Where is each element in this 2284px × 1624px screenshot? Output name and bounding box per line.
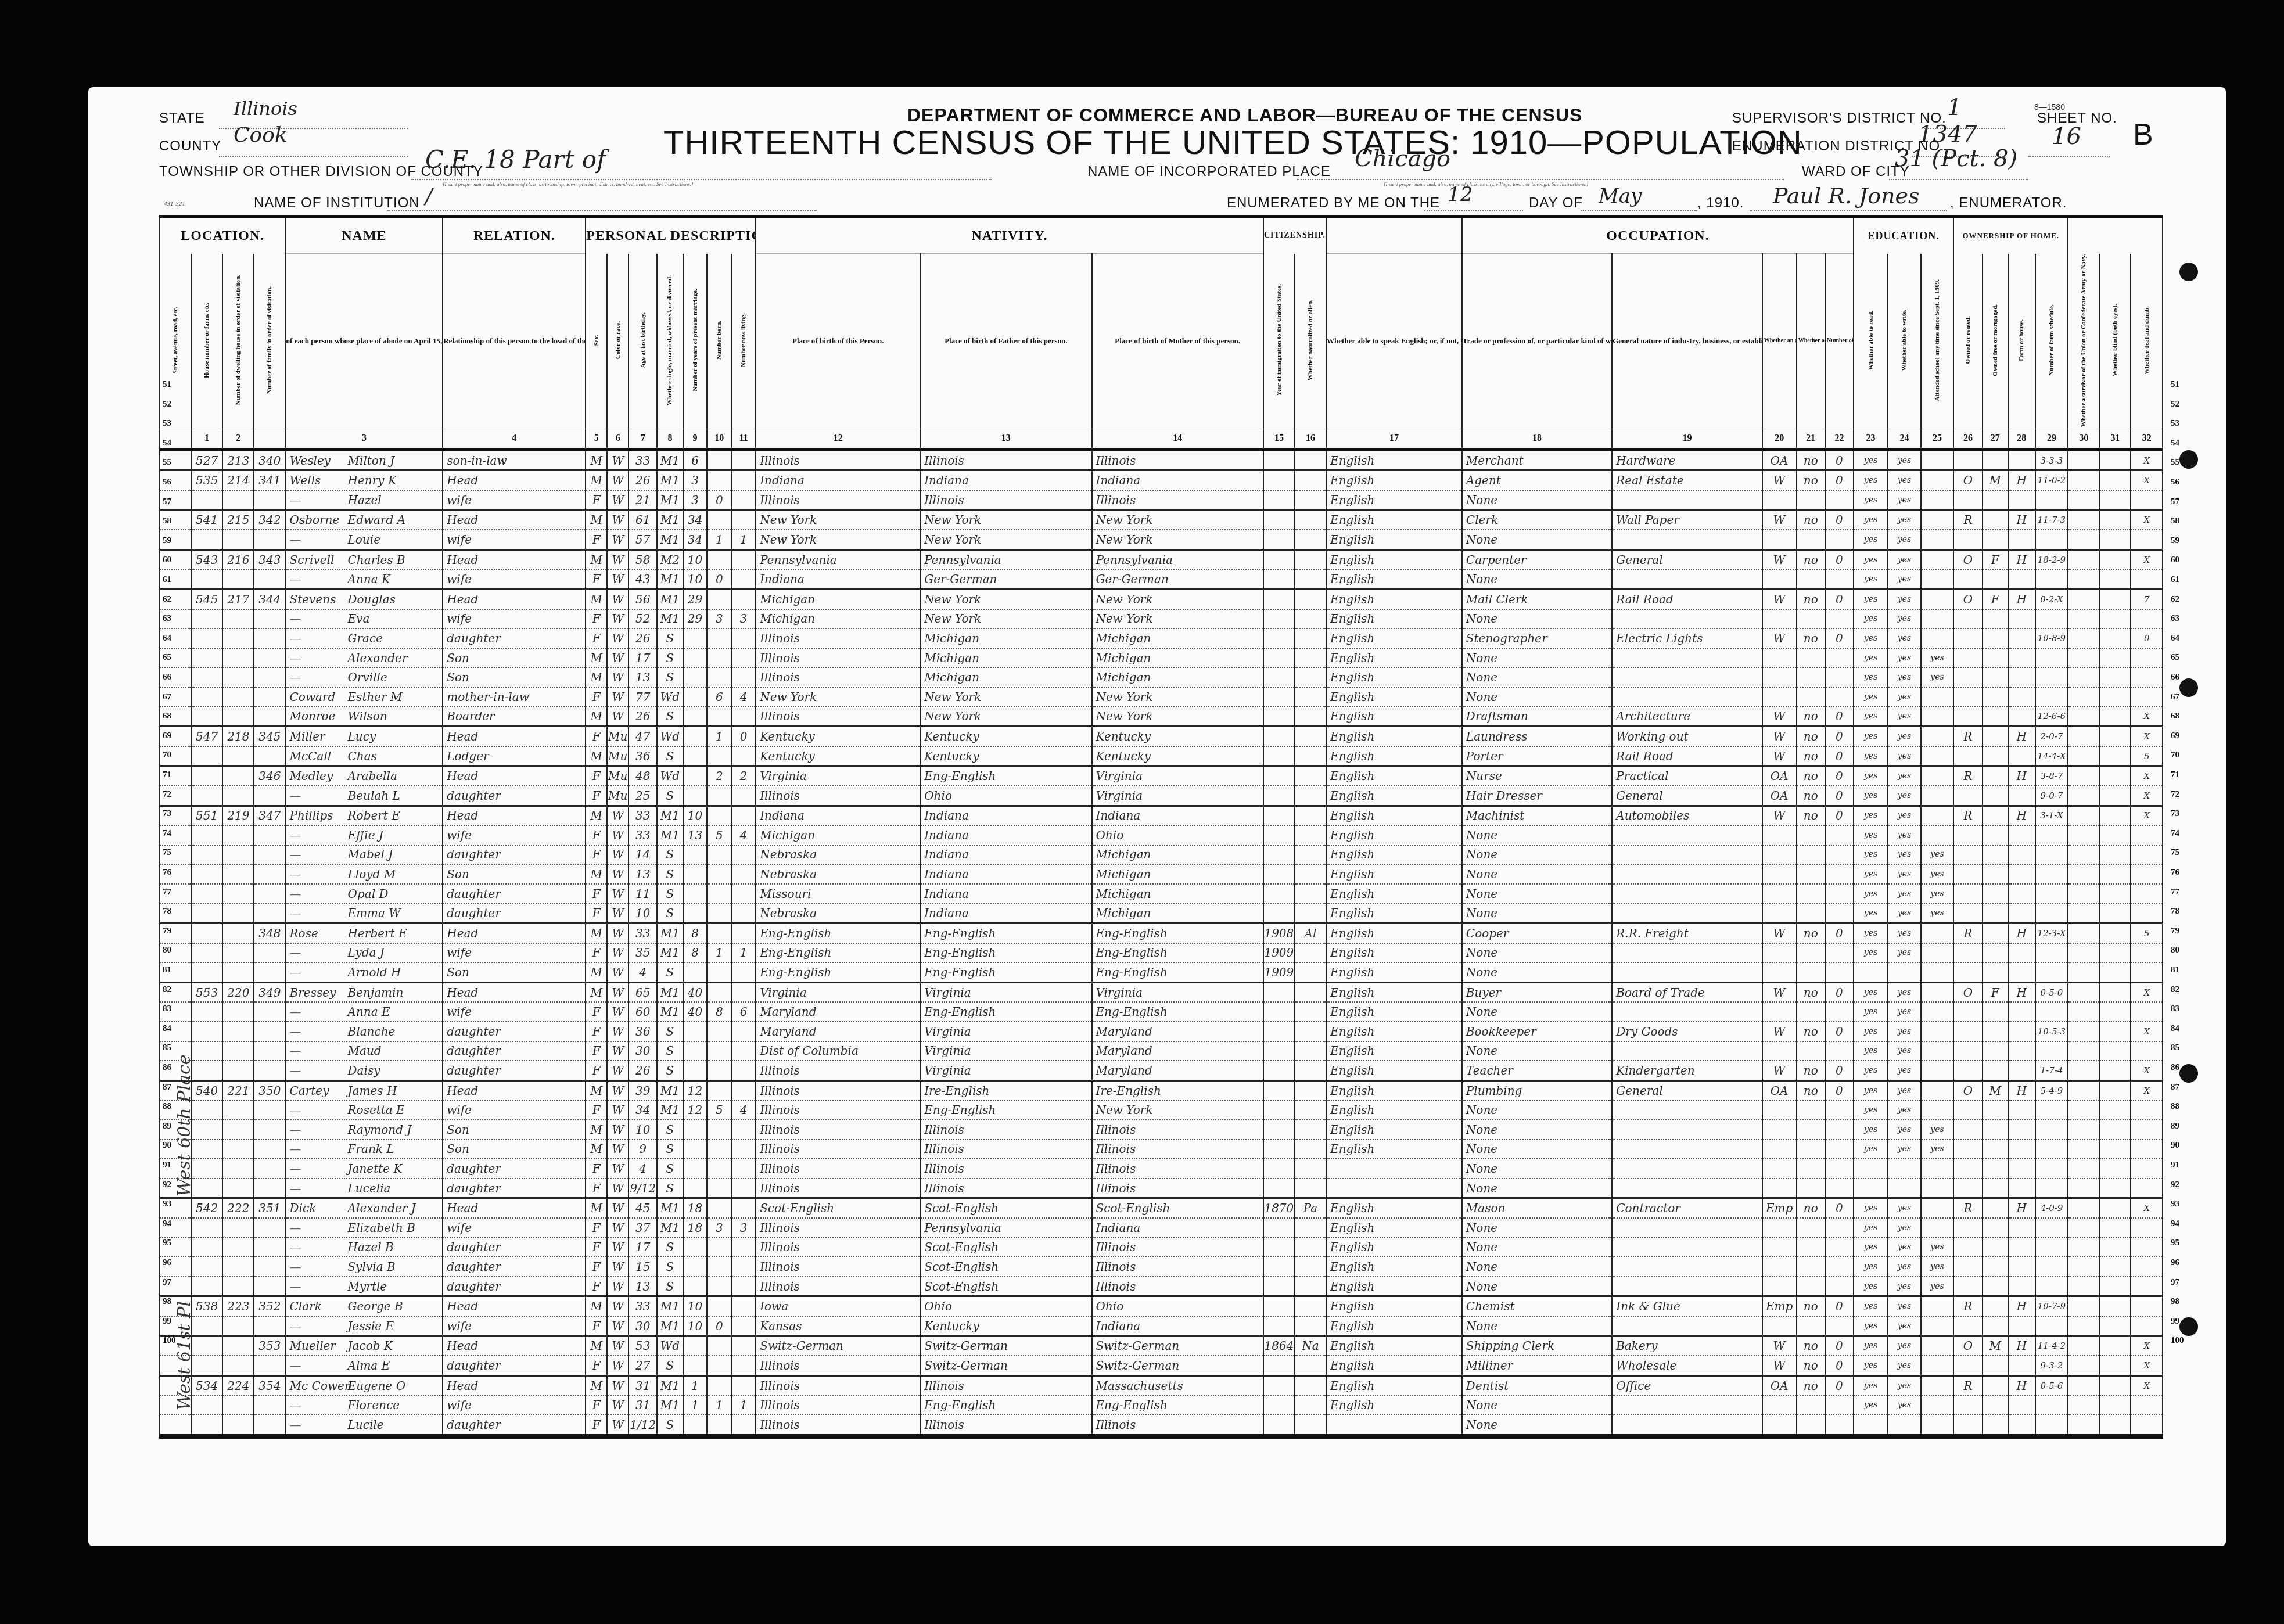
- cell-lang: [1326, 1415, 1462, 1436]
- cell-write: yes: [1888, 746, 1921, 766]
- cell-pob_m: Indiana: [1092, 806, 1263, 825]
- cell-pob_f: Indiana: [920, 470, 1091, 490]
- cell-trade: None: [1462, 943, 1612, 963]
- line-number: 92: [2171, 1180, 2179, 1190]
- line-number: 87: [2171, 1083, 2179, 1093]
- cell-trade: None: [1462, 825, 1612, 845]
- cell-pob_m: Ohio: [1092, 825, 1263, 845]
- cell-industry: [1612, 943, 1762, 963]
- cell-deaf: 5: [2131, 924, 2163, 943]
- cell-lang: [1326, 1179, 1462, 1198]
- cell-weeks: [1825, 1002, 1854, 1022]
- cell-out: [1797, 1277, 1825, 1296]
- cell-family: 341: [254, 470, 285, 490]
- cell-family: 349: [254, 982, 285, 1002]
- cell-trade: Clerk: [1462, 510, 1612, 530]
- cell-mort: F: [1983, 982, 2008, 1002]
- cell-pob: Illinois: [756, 1179, 920, 1198]
- cell-trade: None: [1462, 1395, 1612, 1415]
- cell-industry: General: [1612, 1080, 1762, 1100]
- line-number: 63: [2171, 614, 2179, 624]
- cell-age: 14: [629, 845, 657, 865]
- cell-deaf: X: [2131, 766, 2163, 786]
- cell-nat: [1295, 1179, 1326, 1198]
- cell-emp: [1762, 687, 1797, 707]
- cell-sched: 0-2-X: [2035, 589, 2068, 609]
- cell-sched: [2035, 530, 2068, 549]
- cell-own: O: [1953, 549, 1982, 569]
- column-number: 2: [222, 429, 254, 450]
- cell-relation: Head: [443, 982, 586, 1002]
- cell-deaf: [2131, 825, 2163, 845]
- cell-born: [707, 1061, 731, 1080]
- cell-age: 33: [629, 806, 657, 825]
- cell-weeks: [1825, 667, 1854, 687]
- cell-emp: W: [1762, 589, 1797, 609]
- cell-out: [1797, 1395, 1825, 1415]
- cell-sex: F: [586, 628, 607, 648]
- cell-living: [731, 962, 756, 982]
- cell-out: no: [1797, 806, 1825, 825]
- given-name: Hazel: [348, 493, 382, 507]
- cell-farm: [2008, 1022, 2035, 1041]
- cell-age: 39: [629, 1080, 657, 1100]
- cell-dwelling: 223: [222, 1296, 254, 1316]
- cell-sex: F: [586, 1159, 607, 1179]
- census-row: 542222351DickAlexander JHeadMW45M118Scot…: [160, 1198, 2163, 1218]
- cell-name: —Lloyd M: [286, 864, 443, 884]
- line-number-left: 90: [163, 1141, 171, 1151]
- cell-industry: Real Estate: [1612, 470, 1762, 490]
- census-row: —Sylvia BdaughterFW15SIllinoisScot-Engli…: [160, 1257, 2163, 1277]
- cell-weeks: [1825, 962, 1854, 982]
- cell-living: [731, 1257, 756, 1277]
- cell-born: 3: [707, 609, 731, 629]
- cell-industry: [1612, 1159, 1762, 1179]
- state-label: STATE: [159, 110, 205, 127]
- cell-mort: [1983, 727, 2008, 746]
- cell-family: [254, 1356, 285, 1375]
- cell-sched: [2035, 490, 2068, 510]
- cell-own: [1953, 1100, 1982, 1120]
- cell-emp: [1762, 1100, 1797, 1120]
- cell-trade: Mail Clerk: [1462, 589, 1612, 609]
- line-number: 96: [2171, 1258, 2179, 1268]
- cell-sex: M: [586, 1140, 607, 1159]
- cell-sched: [2035, 1257, 2068, 1277]
- cell-immig: [1263, 648, 1295, 668]
- cell-yrs: 29: [683, 589, 708, 609]
- cell-deaf: [2131, 1100, 2163, 1120]
- binding-hole: [2179, 1064, 2198, 1083]
- cell-name: —Hazel B: [286, 1238, 443, 1257]
- cell-pob_m: New York: [1092, 530, 1263, 549]
- cell-pob: Illinois: [756, 1415, 920, 1436]
- cell-own: [1953, 1257, 1982, 1277]
- cell-dwelling: [222, 490, 254, 510]
- cell-house: [191, 1277, 222, 1296]
- cell-out: [1797, 1159, 1825, 1179]
- cell-school: [1921, 1415, 1954, 1436]
- cell-own: R: [1953, 727, 1982, 746]
- cell-dwelling: [222, 569, 254, 589]
- cell-marital: M1: [657, 1375, 683, 1395]
- cell-school: [1921, 549, 1954, 569]
- cell-lang: English: [1326, 1022, 1462, 1041]
- cell-deaf: X: [2131, 982, 2163, 1002]
- cell-nat: [1295, 1002, 1326, 1022]
- cell-sched: 3-3-3: [2035, 450, 2068, 470]
- cell-sex: F: [586, 1238, 607, 1257]
- cell-relation: wife: [443, 1100, 586, 1120]
- cell-weeks: 0: [1825, 1061, 1854, 1080]
- cell-relation: daughter: [443, 786, 586, 806]
- cell-age: 11: [629, 884, 657, 904]
- cell-read: yes: [1854, 786, 1888, 806]
- cell-industry: Practical: [1612, 766, 1762, 786]
- cell-age: 36: [629, 746, 657, 766]
- line-number-left: 94: [163, 1219, 171, 1229]
- cell-name: BresseyBenjamin: [286, 982, 443, 1002]
- cell-industry: [1612, 490, 1762, 510]
- cell-dwelling: [222, 1022, 254, 1041]
- cell-read: yes: [1854, 1061, 1888, 1080]
- cell-write: yes: [1888, 943, 1921, 963]
- cell-industry: [1612, 569, 1762, 589]
- cell-sex: M: [586, 1080, 607, 1100]
- given-name: Anna K: [348, 572, 390, 586]
- group-misc: [2068, 217, 2163, 254]
- cell-weeks: [1825, 1277, 1854, 1296]
- cell-family: [254, 628, 285, 648]
- cell-write: yes: [1888, 648, 1921, 668]
- cell-immig: [1263, 864, 1295, 884]
- column-number: 5: [586, 429, 607, 450]
- given-name: Hazel B: [348, 1240, 394, 1254]
- cell-vet: [2068, 1100, 2099, 1120]
- cell-mort: [1983, 1375, 2008, 1395]
- cell-sex: F: [586, 1041, 607, 1061]
- cell-house: 542: [191, 1198, 222, 1218]
- cell-school: [1921, 962, 1954, 982]
- cell-relation: Head: [443, 589, 586, 609]
- cell-vet: [2068, 766, 2099, 786]
- cell-pob_m: Eng-English: [1092, 924, 1263, 943]
- column-number: 27: [1983, 429, 2008, 450]
- street-annotation-60th: West 60th Place: [174, 325, 209, 1197]
- cell-age: 9/12: [629, 1179, 657, 1198]
- given-name: Alexander J: [348, 1201, 416, 1215]
- cell-lang: English: [1326, 1120, 1462, 1140]
- cell-vet: [2068, 1296, 2099, 1316]
- cell-own: [1953, 450, 1982, 470]
- cell-immig: [1263, 825, 1295, 845]
- cell-living: [731, 924, 756, 943]
- surname: Miller: [290, 730, 348, 743]
- cell-relation: daughter: [443, 1179, 586, 1198]
- cell-deaf: X: [2131, 1080, 2163, 1100]
- cell-dwelling: [222, 884, 254, 904]
- census-row: —Rosetta EwifeFW34M11254IllinoisEng-Engl…: [160, 1100, 2163, 1120]
- cell-weeks: 0: [1825, 1296, 1854, 1316]
- cell-pob_f: Virginia: [920, 1041, 1091, 1061]
- census-row: —Opal DdaughterFW11SMissouriIndianaMichi…: [160, 884, 2163, 904]
- cell-deaf: [2131, 530, 2163, 549]
- cell-yrs: [683, 628, 708, 648]
- cell-own: [1953, 962, 1982, 982]
- cell-marital: S: [657, 1238, 683, 1257]
- cell-born: [707, 1198, 731, 1218]
- cell-pob_m: Indiana: [1092, 1316, 1263, 1336]
- cell-blind: [2099, 1100, 2131, 1120]
- cell-living: [731, 1415, 756, 1436]
- cell-dwelling: 214: [222, 470, 254, 490]
- cell-emp: W: [1762, 924, 1797, 943]
- cell-marital: S: [657, 1159, 683, 1179]
- cell-out: [1797, 648, 1825, 668]
- line-number-left: 86: [163, 1063, 171, 1073]
- cell-yrs: 10: [683, 1316, 708, 1336]
- cell-out: no: [1797, 766, 1825, 786]
- cell-house: [191, 1257, 222, 1277]
- cell-out: no: [1797, 628, 1825, 648]
- cell-own: R: [1953, 1296, 1982, 1316]
- cell-weeks: 0: [1825, 1080, 1854, 1100]
- cell-yrs: 29: [683, 609, 708, 629]
- cell-write: yes: [1888, 510, 1921, 530]
- hdr-color: Color or race.: [607, 254, 629, 429]
- hdr-pob-person: Place of birth of this Person.: [756, 254, 920, 429]
- cell-own: [1953, 1415, 1982, 1436]
- cell-marital: S: [657, 648, 683, 668]
- cell-marital: S: [657, 903, 683, 923]
- cell-trade: Machinist: [1462, 806, 1612, 825]
- cell-born: [707, 845, 731, 865]
- line-number: 62: [2171, 595, 2179, 605]
- cell-write: yes: [1888, 1257, 1921, 1277]
- supervisor-value: 1: [1947, 94, 1962, 121]
- cell-pob_m: Eng-English: [1092, 1395, 1263, 1415]
- cell-relation: daughter: [443, 1061, 586, 1080]
- cell-write: yes: [1888, 470, 1921, 490]
- cell-name: PhillipsRobert E: [286, 806, 443, 825]
- cell-living: [731, 707, 756, 727]
- cell-color: W: [607, 530, 629, 549]
- cell-lang: English: [1326, 1061, 1462, 1080]
- cell-emp: W: [1762, 510, 1797, 530]
- cell-sex: M: [586, 1120, 607, 1140]
- hdr-years-married: Number of years of present marriage.: [683, 254, 708, 429]
- cell-age: 25: [629, 786, 657, 806]
- given-name: Daisy: [348, 1063, 380, 1077]
- given-name: Raymond J: [348, 1123, 412, 1137]
- cell-vet: [2068, 1159, 2099, 1179]
- cell-weeks: 0: [1825, 1356, 1854, 1375]
- cell-own: [1953, 1395, 1982, 1415]
- institution-value: /: [425, 185, 432, 209]
- cell-family: [254, 609, 285, 629]
- census-row: —Beulah LdaughterFMu25SIllinoisOhioVirgi…: [160, 786, 2163, 806]
- cell-industry: [1612, 1002, 1762, 1022]
- cell-age: 36: [629, 1022, 657, 1041]
- line-number: 84: [2171, 1024, 2179, 1034]
- cell-age: 65: [629, 982, 657, 1002]
- cell-born: [707, 1159, 731, 1179]
- cell-industry: Hardware: [1612, 450, 1762, 470]
- cell-age: 37: [629, 1218, 657, 1238]
- cell-read: yes: [1854, 1218, 1888, 1238]
- cell-pob_f: Illinois: [920, 490, 1091, 510]
- cell-sched: [2035, 903, 2068, 923]
- given-name: Arabella: [348, 769, 397, 783]
- cell-vet: [2068, 1080, 2099, 1100]
- cell-color: Mu: [607, 727, 629, 746]
- cell-read: yes: [1854, 1375, 1888, 1395]
- cell-dwelling: [222, 943, 254, 963]
- cell-read: yes: [1854, 1316, 1888, 1336]
- cell-relation: daughter: [443, 1415, 586, 1436]
- cell-lang: English: [1326, 549, 1462, 569]
- cell-born: 5: [707, 1100, 731, 1120]
- column-number: [254, 429, 285, 450]
- cell-family: [254, 1002, 285, 1022]
- cell-pob: Illinois: [756, 1140, 920, 1159]
- cell-weeks: [1825, 1179, 1854, 1198]
- cell-industry: General: [1612, 549, 1762, 569]
- cell-read: yes: [1854, 1041, 1888, 1061]
- cell-blind: [2099, 1218, 2131, 1238]
- cell-name: —Sylvia B: [286, 1257, 443, 1277]
- line-number: 74: [2171, 829, 2179, 839]
- cell-industry: Rail Road: [1612, 589, 1762, 609]
- census-row: 543216343ScrivellCharles BHeadMW58M210Pe…: [160, 549, 2163, 569]
- cell-emp: W: [1762, 470, 1797, 490]
- cell-dwelling: [222, 1179, 254, 1198]
- cell-read: yes: [1854, 727, 1888, 746]
- cell-name: —Florence: [286, 1395, 443, 1415]
- cell-age: 10: [629, 903, 657, 923]
- cell-color: Mu: [607, 746, 629, 766]
- cell-school: [1921, 1061, 1954, 1080]
- cell-industry: Wall Paper: [1612, 510, 1762, 530]
- cell-pob: New York: [756, 687, 920, 707]
- cell-family: [254, 1415, 285, 1436]
- hdr-children-born: Number born.: [707, 254, 731, 429]
- line-number: 65: [2171, 653, 2179, 663]
- cell-dwelling: [222, 825, 254, 845]
- cell-emp: [1762, 1179, 1797, 1198]
- cell-living: [731, 1061, 756, 1080]
- ed-value: 1347: [1918, 121, 1977, 148]
- cell-living: [731, 490, 756, 510]
- cell-vet: [2068, 1395, 2099, 1415]
- census-row: 535214341WellsHenry KHeadMW26M13IndianaI…: [160, 470, 2163, 490]
- cell-mort: [1983, 786, 2008, 806]
- given-name: Grace: [348, 631, 383, 645]
- cell-emp: [1762, 1257, 1797, 1277]
- cell-sched: 12-6-6: [2035, 707, 2068, 727]
- ward-line: [1889, 179, 2028, 180]
- cell-family: 342: [254, 510, 285, 530]
- cell-sched: 12-3-X: [2035, 924, 2068, 943]
- cell-deaf: [2131, 1159, 2163, 1179]
- cell-deaf: [2131, 687, 2163, 707]
- cell-age: 57: [629, 530, 657, 549]
- cell-mort: [1983, 943, 2008, 963]
- cell-pob_m: Pennsylvania: [1092, 549, 1263, 569]
- cell-pob_m: Virginia: [1092, 786, 1263, 806]
- cell-living: [731, 1238, 756, 1257]
- cell-weeks: [1825, 490, 1854, 510]
- cell-emp: [1762, 943, 1797, 963]
- place-label: NAME OF INCORPORATED PLACE: [1087, 164, 1331, 180]
- cell-relation: Head: [443, 1080, 586, 1100]
- cell-own: R: [1953, 924, 1982, 943]
- line-number-left: 54: [163, 439, 171, 448]
- given-name: Arnold H: [348, 965, 401, 979]
- hdr-naturalized: Whether naturalized or alien.: [1295, 254, 1326, 429]
- cell-pob_f: Illinois: [920, 1375, 1091, 1395]
- cell-immig: [1263, 569, 1295, 589]
- cell-pob_f: Eng-English: [920, 962, 1091, 982]
- cell-lang: English: [1326, 806, 1462, 825]
- cell-name: —Lucelia: [286, 1179, 443, 1198]
- cell-sched: [2035, 569, 2068, 589]
- cell-relation: daughter: [443, 1356, 586, 1375]
- cell-nat: [1295, 470, 1326, 490]
- cell-born: [707, 864, 731, 884]
- cell-own: [1953, 943, 1982, 963]
- cell-pob: Michigan: [756, 589, 920, 609]
- cell-color: W: [607, 1179, 629, 1198]
- cell-trade: None: [1462, 1238, 1612, 1257]
- cell-pob_m: New York: [1092, 609, 1263, 629]
- cell-emp: [1762, 1415, 1797, 1436]
- cell-name: —Emma W: [286, 903, 443, 923]
- given-name: Rosetta E: [348, 1103, 405, 1117]
- cell-vet: [2068, 510, 2099, 530]
- cell-family: 345: [254, 727, 285, 746]
- cell-pob_m: Scot-English: [1092, 1198, 1263, 1218]
- cell-blind: [2099, 510, 2131, 530]
- cell-sched: [2035, 1159, 2068, 1179]
- cell-name: Mc CowenEugene O: [286, 1375, 443, 1395]
- cell-pob_m: Illinois: [1092, 1277, 1263, 1296]
- cell-deaf: [2131, 845, 2163, 865]
- cell-living: [731, 450, 756, 470]
- line-number-left: 62: [163, 595, 171, 605]
- cell-yrs: 6: [683, 450, 708, 470]
- cell-own: R: [1953, 510, 1982, 530]
- cell-mort: [1983, 1395, 2008, 1415]
- cell-family: [254, 746, 285, 766]
- cell-weeks: [1825, 1257, 1854, 1277]
- cell-pob_m: Switz-German: [1092, 1336, 1263, 1356]
- cell-trade: Nurse: [1462, 766, 1612, 786]
- cell-trade: Plumbing: [1462, 1080, 1612, 1100]
- census-row: —Mabel JdaughterFW14SNebraskaIndianaMich…: [160, 845, 2163, 865]
- cell-blind: [2099, 924, 2131, 943]
- cell-mort: [1983, 1002, 2008, 1022]
- cell-farm: [2008, 1415, 2035, 1436]
- cell-dwelling: [222, 786, 254, 806]
- cell-write: yes: [1888, 786, 1921, 806]
- cell-blind: [2099, 982, 2131, 1002]
- cell-marital: S: [657, 962, 683, 982]
- cell-out: no: [1797, 470, 1825, 490]
- cell-living: [731, 1159, 756, 1179]
- surname: Scrivell: [290, 553, 348, 567]
